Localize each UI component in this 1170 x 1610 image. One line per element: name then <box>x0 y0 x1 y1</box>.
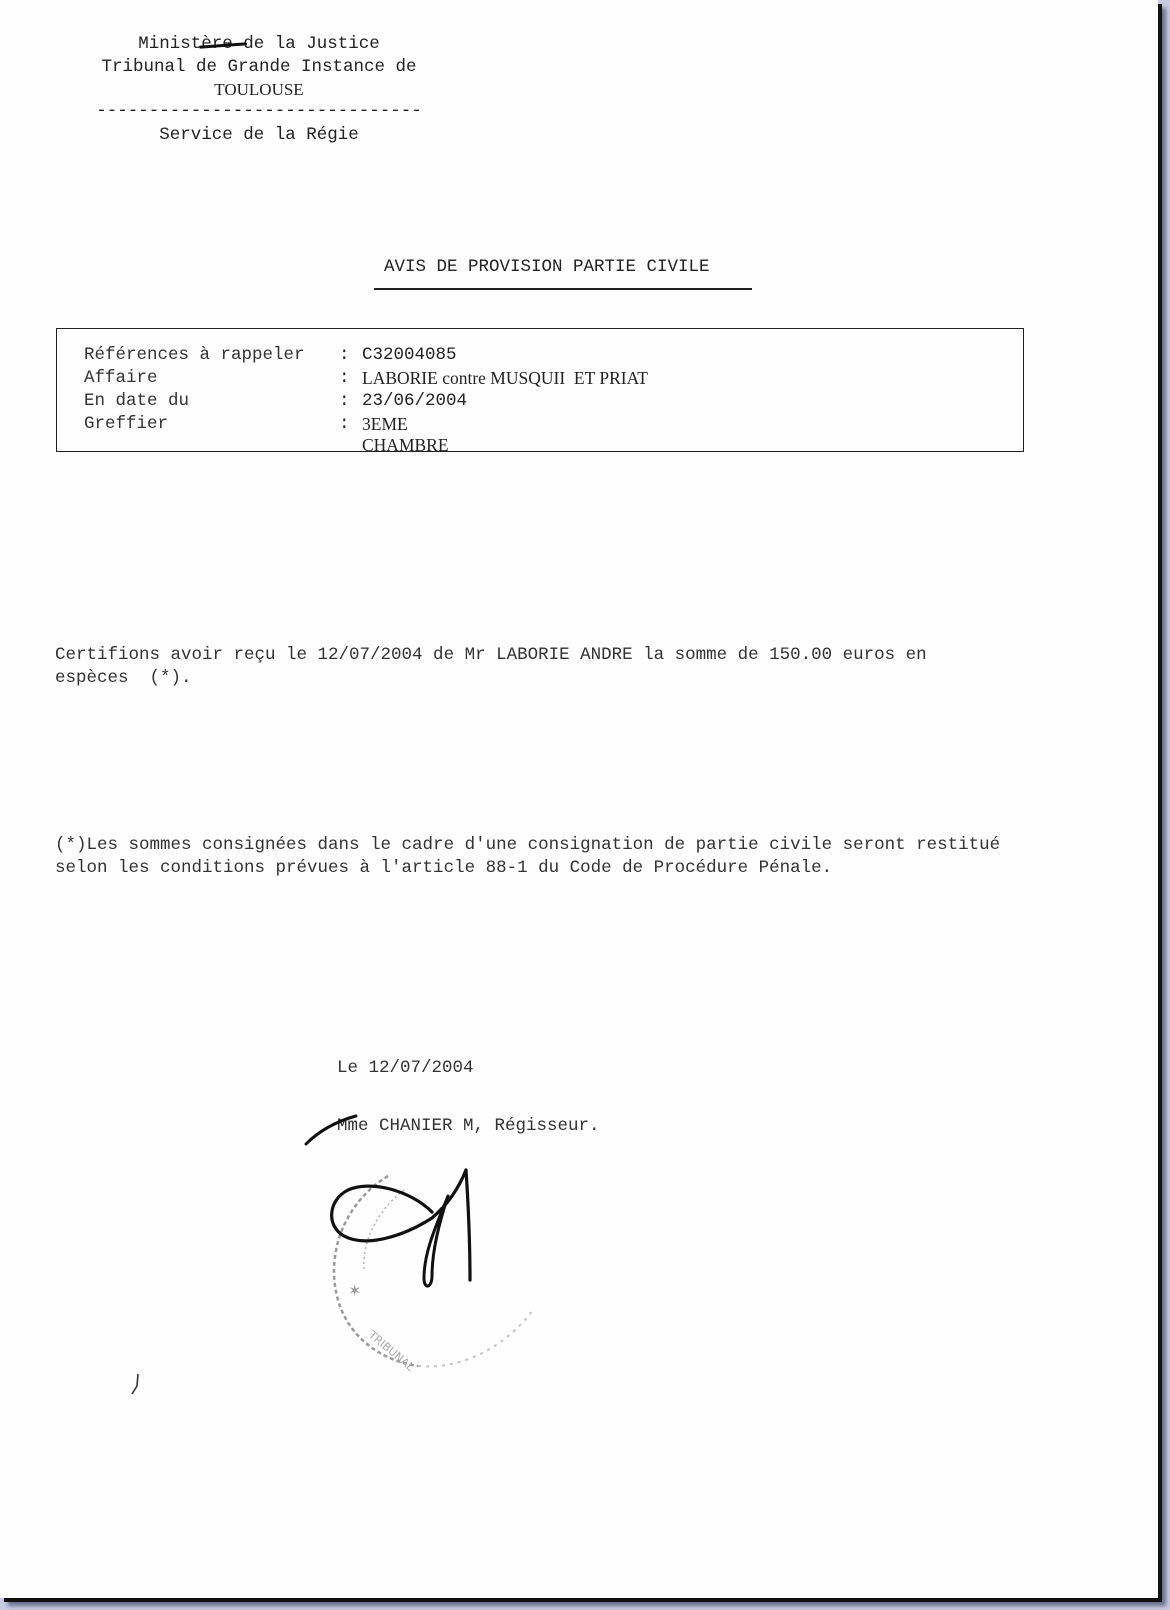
service-line: Service de la Régie <box>84 125 434 145</box>
date-label: En date du <box>84 391 344 411</box>
reference-box: Références à rappeler : C32004085 Affair… <box>56 328 1024 452</box>
footnote-line-2: selon les conditions prévues à l'article… <box>55 857 832 880</box>
colon: : <box>339 391 350 411</box>
signature-date: Le 12/07/2004 <box>337 1057 474 1080</box>
pen-stroke-icon <box>300 1108 360 1148</box>
handwritten-signature-icon <box>320 1160 500 1300</box>
city-line: TOULOUSE <box>84 80 434 100</box>
document-title: AVIS DE PROVISION PARTIE CIVILE <box>384 257 710 277</box>
certification-line-1: Certifions avoir reçu le 12/07/2004 de M… <box>55 644 927 667</box>
reference-label: Références à rappeler <box>84 345 344 365</box>
affaire-label: Affaire <box>84 368 344 388</box>
ministry-suffix: de la Justice <box>243 34 380 54</box>
greffier-value: 3EME CHAMBRE <box>362 414 449 456</box>
ministry-line: Ministère de la Justice <box>84 34 434 54</box>
affaire-value: LABORIE contre MUSQUII ET PRIAT <box>362 368 648 389</box>
colon: : <box>339 345 350 365</box>
certification-line-2: espèces (*). <box>55 667 192 690</box>
signatory-name: Mme CHANIER M, Régisseur. <box>337 1115 600 1138</box>
date-value: 23/06/2004 <box>362 391 467 411</box>
tribunal-line: Tribunal de Grande Instance de <box>84 57 434 77</box>
footnote-line-1: (*)Les sommes consignées dans le cadre d… <box>55 834 1000 857</box>
struck-text: ère <box>201 34 243 54</box>
scan-mark-icon <box>128 1372 144 1398</box>
title-underline <box>374 288 752 290</box>
header-separator: ------------------------------- <box>84 101 434 121</box>
svg-text:TRIBUNAL: TRIBUNAL <box>365 1328 417 1375</box>
colon: : <box>339 414 350 434</box>
ministry-prefix: Minist <box>138 34 201 54</box>
document-page: Ministère de la Justice Tribunal de Gran… <box>0 0 1158 1598</box>
greffier-label: Greffier <box>84 414 344 434</box>
reference-value: C32004085 <box>362 345 457 365</box>
colon: : <box>339 368 350 388</box>
